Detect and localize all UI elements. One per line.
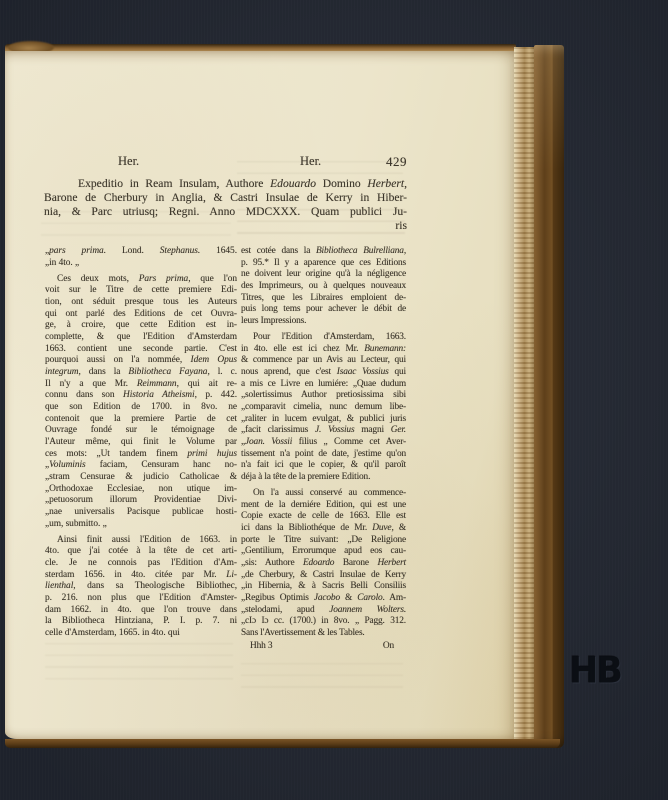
book-page: Her. Her. 429 Expeditio in Ream Insulam,… — [5, 51, 514, 739]
text-line: que son Edition de 1700. in 8vo. ne — [45, 402, 237, 414]
text-line: „raliter in lucem evulgat, & publici jur… — [241, 414, 406, 426]
paragraph: „pars prima. Lond. Stephanus. 1645.„in 4… — [45, 246, 237, 269]
text-line: des Imprimeurs, ou à quelques nouveaux — [241, 281, 406, 293]
text-line: qui ont parlé des Editions de cet Ouvra- — [45, 309, 237, 321]
right-column-text: est cotée dans la Bibliotheca Bulrellian… — [241, 246, 406, 640]
text-line: a mis ce Livre en lumiére: „Quae dudum — [241, 379, 406, 391]
text-line: nia, & Parc utriusq; Regni. Anno MDCXXX.… — [44, 205, 407, 219]
text-line: „in Hibernia, & à Sacris Belli Consiliis — [241, 581, 406, 593]
column-footer: Hhh 3 On — [241, 640, 406, 653]
text-line: ne doivent leur origine qu'à la négligen… — [241, 269, 406, 281]
text-line: „um, submitto. „ — [45, 519, 237, 531]
text-line: „stram Censurae & judicio Catholicae & — [45, 472, 237, 484]
text-line: est cotée dans la Bibliotheca Bulrellian… — [241, 246, 406, 258]
text-line: sterdam 1656. in 4to. citée par Mr. Li- — [45, 570, 237, 582]
leather-cover-edge — [534, 45, 564, 748]
text-line: „Gentilium, Errorumque apud eos cau- — [241, 546, 406, 558]
text-line: tissement n'a point de date, j'estime qu… — [241, 449, 406, 461]
text-line: „in 4to. „ — [45, 258, 237, 270]
text-line: ment de la derniére Edition, qui est une — [241, 500, 406, 512]
text-line: tion, ont séduit presque tous les Auteur… — [45, 297, 237, 309]
text-line: „comparavit cimelia, nunc demum libe- — [241, 402, 406, 414]
text-line: Titres, que les Libraires emploient de- — [241, 293, 406, 305]
entry-heading: Expeditio in Ream Insulam, Authore Edoua… — [44, 177, 407, 233]
paragraph: est cotée dans la Bibliotheca Bulrellian… — [241, 246, 406, 328]
text-line: Ainsi finit aussi l'Edition de 1663. in — [45, 535, 237, 547]
text-line: contenoit que la premiere Partie de cet — [45, 414, 237, 426]
text-line: voit sur le Titre de cette premiere Edi- — [45, 285, 237, 297]
text-line: Copie exacte de celle de 1663. Elle est — [241, 511, 406, 523]
text-line: connu dans son Historia Atheismi, p. 442… — [45, 390, 237, 402]
text-line: puis long tems pour achever le débit de — [241, 304, 406, 316]
text-line: dam 1662. in 4to. que l'on trouve dans — [45, 605, 237, 617]
text-line: nous aprend, que c'est Isaac Vossius qui — [241, 367, 406, 379]
text-line: n'a fait ici que le copier, & qu'il paro… — [241, 460, 406, 472]
text-line: integrum, dans la Bibliotheca Fayana, l.… — [45, 367, 237, 379]
verso-showthrough — [241, 663, 403, 689]
text-line: „pars prima. Lond. Stephanus. 1645. — [45, 246, 237, 258]
text-line: & commence par un Avis au Lecteur, qui — [241, 355, 406, 367]
text-line: „nae universalis Pacisque publicae hosti… — [45, 507, 237, 519]
text-line: „facit clarissimus J. Vossius magni Ger. — [241, 425, 406, 437]
text-line: „stelodami, apud Joannem Wolters. — [241, 605, 406, 617]
text-line: cle. Je ne connois pas l'Edition d'Am- — [45, 558, 237, 570]
text-line: Barone de Cherbury in Anglia, & Castri I… — [44, 191, 407, 205]
text-line: Ces deux mots, Pars prima, que l'on — [45, 274, 237, 286]
text-line: leurs Impressions. — [241, 316, 406, 328]
text-line: déja à la tête de la premiere Edition. — [241, 472, 406, 484]
text-line: celle d'Amsterdam, 1665. in 4to. qui — [45, 628, 237, 640]
text-line: „solertissimus Author pretiosissima sibi — [241, 390, 406, 402]
text-line: „Regibus Optimis Jacobo & Carolo. Am- — [241, 593, 406, 605]
scan-photo-background: Her. Her. 429 Expeditio in Ream Insulam,… — [0, 0, 668, 800]
left-column: „pars prima. Lond. Stephanus. 1645.„in 4… — [45, 246, 237, 640]
text-line: Ouvrage fondé sur le témoignage de — [45, 425, 237, 437]
text-line: in 4to. elle est ici chez Mr. Bunemann: — [241, 344, 406, 356]
text-line: „petuosorum illorum Providentiae Divi- — [45, 495, 237, 507]
text-line: ge, à croire, que cette Edition est in- — [45, 320, 237, 332]
text-line: ces mots: „Ut tandem finem primi hujus — [45, 449, 237, 461]
text-line: „Joan. Vossii filius „ Comme cet Aver- — [241, 437, 406, 449]
text-line: Expeditio in Ream Insulam, Authore Edoua… — [44, 177, 407, 191]
verso-showthrough — [45, 643, 233, 683]
text-line: l'Auteur même, qui finit le Volume par — [45, 437, 237, 449]
running-head-left: Her. — [118, 154, 139, 169]
text-line: porte le Titre suivant: „De Religione — [241, 535, 406, 547]
embossed-stamp: HB — [569, 648, 619, 696]
text-line: Il n'y a que Mr. Reimmann, qui ait re- — [45, 379, 237, 391]
paragraph: On l'a aussi conservé au commence-ment d… — [241, 488, 406, 640]
running-header: Her. Her. 429 — [44, 154, 407, 170]
right-column: est cotée dans la Bibliotheca Bulrellian… — [241, 246, 406, 652]
text-line: „de Cherbury, & Castri Insulae de Kerry — [241, 570, 406, 582]
signature-mark: Hhh 3 — [250, 641, 272, 653]
page-number: 429 — [386, 154, 407, 170]
text-line: „cIɔ Iɔ cc. (1700.) in 8vo. „ Pagg. 312. — [241, 616, 406, 628]
text-line: Pour l'Edition d'Amsterdam, 1663. — [241, 332, 406, 344]
text-line: lienthal, dans sa Theologische Bibliothe… — [45, 581, 237, 593]
text-line: 4to. que j'ai cotée à la tête de cet art… — [45, 546, 237, 558]
text-line: p. 216. non plus que l'Edition d'Amster- — [45, 593, 237, 605]
text-line: On l'a aussi conservé au commence- — [241, 488, 406, 500]
page-fore-edge — [514, 47, 535, 739]
paragraph: Ces deux mots, Pars prima, que l'onvoit … — [45, 274, 237, 530]
text-line: p. 95.* Il y a aparence que ces Editions — [241, 258, 406, 270]
text-line: la Bibliotheca Hintziana, P. I. p. 7. ni — [45, 616, 237, 628]
catchword: On — [383, 641, 394, 653]
paragraph: Ainsi finit aussi l'Edition de 1663. in4… — [45, 535, 237, 640]
text-line: „sis: Authore Edoardo Barone Herbert — [241, 558, 406, 570]
text-line: complette, & que l'Edition d'Amsterdam — [45, 332, 237, 344]
cover-bottom-edge — [5, 739, 560, 748]
text-line: ris — [44, 219, 407, 233]
text-line: ici dans la Bibliothéque de Mr. Duve, & — [241, 523, 406, 535]
text-line: „Voluminis faciam, Censuram hanc no- — [45, 460, 237, 472]
text-line: pourquoi aussi on l'a nommée, Idem Opus — [45, 355, 237, 367]
text-line: „Orthodoxae Ecclesiae, non utique im- — [45, 484, 237, 496]
text-line: Sans l'Avertissement & les Tables. — [241, 628, 406, 640]
text-line: 1663. contient une seconde partie. C'est — [45, 344, 237, 356]
running-head-right: Her. — [300, 154, 321, 169]
paragraph: Pour l'Edition d'Amsterdam, 1663.in 4to.… — [241, 332, 406, 484]
